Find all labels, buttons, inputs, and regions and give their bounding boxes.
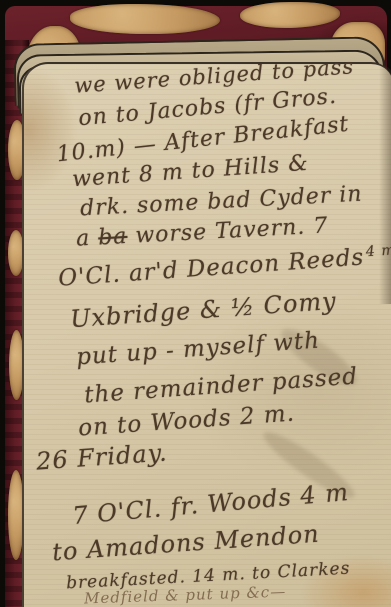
strikethrough-word: ba	[98, 224, 128, 250]
superscript-note: 4 m	[365, 242, 391, 260]
diary-photo: we were obliged to pass on to Jacobs (fr…	[0, 0, 391, 607]
